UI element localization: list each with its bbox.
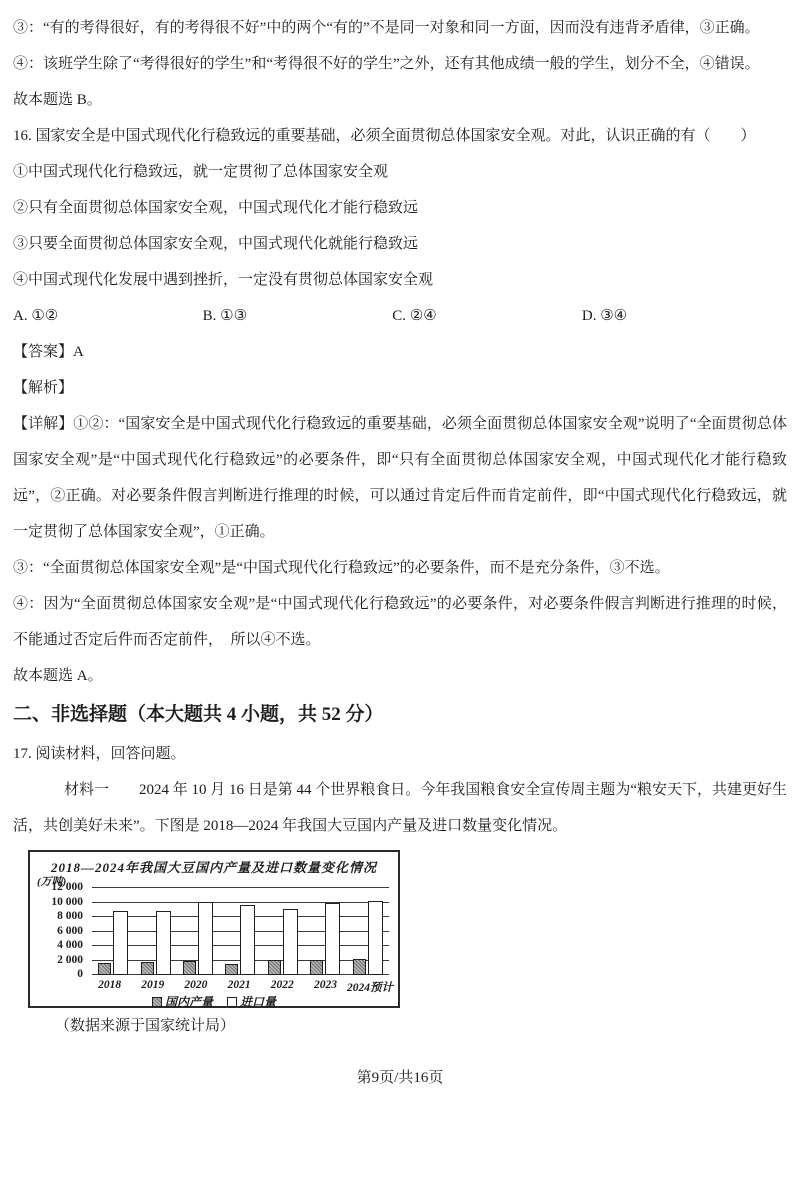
y-tick-label: 12 000 — [30, 881, 83, 893]
question16-conclusion: 故本题选 A。 — [13, 658, 787, 694]
y-tick-label: 10 000 — [30, 896, 83, 908]
document-page: ③：“有的考得很好，有的考得很不好”中的两个“有的”不是同一对象和同一方面，因而… — [0, 0, 800, 1204]
bar-domestic-production — [225, 964, 238, 975]
y-tick-label: 8 000 — [30, 910, 83, 922]
question16-statement-2: ②只有全面贯彻总体国家安全观，中国式现代化才能行稳致远 — [13, 190, 787, 226]
question17-material1: 材料一 2024 年 10 月 16 日是第 44 个世界粮食日。今年我国粮食安… — [13, 772, 787, 844]
question16-choices: A. ①② B. ①③ C. ②④ D. ③④ — [13, 298, 787, 334]
question16-statement-3: ③只要全面贯彻总体国家安全观，中国式现代化就能行稳致远 — [13, 226, 787, 262]
bar-domestic-production — [183, 961, 196, 975]
bar-group — [304, 888, 346, 975]
choice-d: D. ③④ — [582, 298, 772, 334]
question16-analysis-label: 【解析】 — [13, 370, 787, 406]
question16-statement-1: ①中国式现代化行稳致远，就一定贯彻了总体国家安全观 — [13, 154, 787, 190]
bar-domestic-production — [141, 962, 154, 975]
chart-source-note: （数据来源于国家统计局） — [55, 1008, 787, 1044]
bar-domestic-production — [98, 963, 111, 975]
section2-heading: 二、非选择题（本大题共 4 小题，共 52 分） — [13, 694, 787, 736]
question16-stem: 16. 国家安全是中国式现代化行稳致远的重要基础，必须全面贯彻总体国家安全观。对… — [13, 118, 787, 154]
prev-explanation-conclusion: 故本题选 B。 — [13, 82, 787, 118]
chart-bar-groups — [92, 888, 389, 975]
bar-domestic-production — [268, 960, 281, 975]
chart-legend: 国内产量进口量 — [30, 993, 398, 1010]
question16-statement-4: ④中国式现代化发展中遇到挫折，一定没有贯彻总体国家安全观 — [13, 262, 787, 298]
prev-explanation-point3: ③：“有的考得很好，有的考得很不好”中的两个“有的”不是同一对象和同一方面，因而… — [13, 10, 787, 46]
legend-item: 国内产量 — [152, 993, 213, 1010]
y-tick-label: 4 000 — [30, 939, 83, 951]
chart-y-axis: 02 0004 0006 0008 00010 00012 000 — [30, 888, 86, 975]
bar-domestic-production — [353, 959, 366, 975]
question16-detail-point4: ④：因为“全面贯彻总体国家安全观”是“中国式现代化行稳致远”的必要条件，对必要条… — [13, 586, 787, 658]
question17-intro: 17. 阅读材料，回答问题。 — [13, 736, 787, 772]
y-tick-label: 6 000 — [30, 925, 83, 937]
bar-domestic-production — [310, 960, 323, 975]
bar-import-volume — [240, 905, 255, 975]
bar-group — [92, 888, 134, 975]
legend-swatch-domestic — [152, 997, 162, 1007]
bar-group — [177, 888, 219, 975]
legend-item: 进口量 — [227, 993, 276, 1010]
prev-explanation-point4: ④：该班学生除了“考得很好的学生”和“考得很不好的学生”之外，还有其他成绩一般的… — [13, 46, 787, 82]
chart-plot — [92, 888, 389, 975]
bar-group — [134, 888, 176, 975]
bar-import-volume — [113, 911, 128, 975]
bar-import-volume — [368, 901, 383, 975]
choice-c: C. ②④ — [392, 298, 582, 334]
soybean-bar-chart: 2018—2024年我国大豆国内产量及进口数量变化情况 (万吨) 02 0004… — [28, 850, 400, 1008]
legend-swatch-import — [227, 997, 237, 1007]
bar-import-volume — [156, 911, 171, 975]
bar-import-volume — [283, 909, 298, 975]
bar-import-volume — [325, 903, 340, 976]
legend-label: 国内产量 — [165, 993, 213, 1010]
choice-a: A. ①② — [13, 298, 203, 334]
question16-answer: 【答案】A — [13, 334, 787, 370]
chart-title: 2018—2024年我国大豆国内产量及进口数量变化情况 — [30, 857, 398, 876]
legend-label: 进口量 — [240, 993, 276, 1010]
y-tick-label: 0 — [30, 968, 83, 980]
y-tick-label: 2 000 — [30, 954, 83, 966]
bar-group — [347, 888, 389, 975]
choice-b: B. ①③ — [203, 298, 393, 334]
question16-detail-point3: ③：“全面贯彻总体国家安全观”是“中国式现代化行稳致远”的必要条件，而不是充分条… — [13, 550, 787, 586]
question16-detail: 【详解】①②：“国家安全是中国式现代化行稳致远的重要基础，必须全面贯彻总体国家安… — [13, 406, 787, 550]
bar-group — [219, 888, 261, 975]
bar-group — [262, 888, 304, 975]
bar-import-volume — [198, 902, 213, 975]
page-number: 第9页/共16页 — [13, 1060, 787, 1096]
